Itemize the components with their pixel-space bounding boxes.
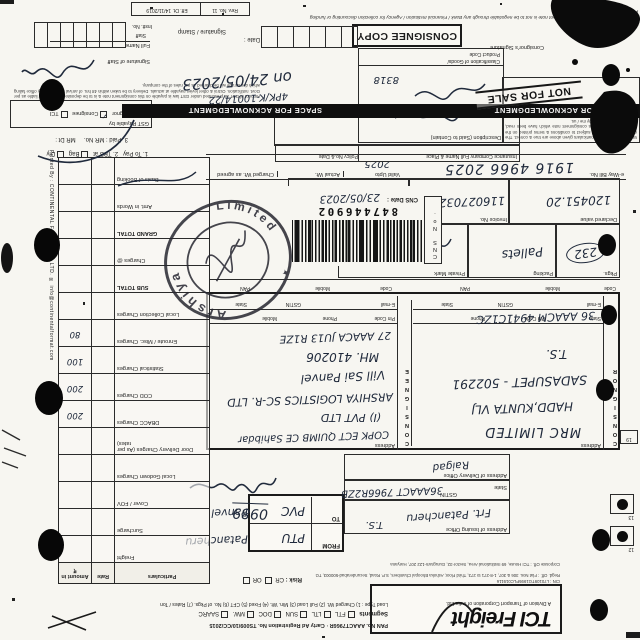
- segment-doc-checkbox[interactable]: [274, 611, 281, 618]
- bag-checkbox[interactable]: [82, 151, 89, 158]
- issuing-office-handwriting: Frt. Patancheru: [406, 507, 491, 524]
- to-pay-row: 1. To Pay 2. TBB at Bag Dly: [46, 150, 148, 158]
- consignor-block: Address MRC LIMITED HADD,KUNTA VLJ SADAS…: [413, 296, 604, 450]
- segment-ltl: LTL: [312, 610, 322, 616]
- consignor-line-3: SADASUPET - 502291: [452, 373, 587, 390]
- consignee-pin-label: Pin Code: [374, 315, 395, 321]
- segment-doc: DOC: [258, 610, 271, 616]
- pkgs-cell: Pkgs. 232: [556, 224, 620, 278]
- pkgs-handwriting: 232: [565, 240, 606, 265]
- svg-text:Limited: Limited: [212, 181, 282, 249]
- consignee-gstin-label: GSTIN: [286, 301, 301, 307]
- consignor-code-label: Code: [604, 285, 616, 291]
- declared-value-handwriting: 120451.20: [546, 194, 611, 208]
- consignor-line-1: MRC LIMITED: [484, 425, 581, 438]
- code-mobile-pan-row: Code Mobile PAN Code Mobile PAN: [210, 279, 620, 294]
- actual-wt-label: Actual Wt.: [315, 171, 344, 177]
- charges-table: Particulars Rate Amount in ₹ Freight Sur…: [58, 157, 210, 584]
- charges-rate-header: Rate: [92, 563, 115, 583]
- tci-logo-box: TCI Freight A Division of Transport Corp…: [370, 584, 562, 634]
- segment-sun-checkbox[interactable]: [300, 611, 307, 618]
- risk-or: OR: [253, 576, 262, 582]
- mr-dt-label: MR Dt :: [55, 136, 75, 142]
- consignor-signature-label: Consignor's Signature: [490, 44, 544, 50]
- eway-handwriting: 1916 4966 2025: [444, 160, 574, 176]
- charges-row-charges-at: Charges @: [59, 239, 209, 266]
- to-label: TO: [311, 497, 342, 523]
- charges-header-row: Particulars Rate Amount in ₹: [59, 563, 209, 583]
- charges-row-cover-fov: Cover / FOV: [59, 482, 209, 509]
- consignor-gstin-label: GSTIN: [498, 301, 513, 307]
- charges-row-statistical: Statistical Charges100: [59, 347, 209, 374]
- charges-row-basis-booking: Basis of Booking: [59, 158, 209, 185]
- declared-value-label: Declared value: [509, 215, 619, 223]
- consignor-email-label: E-mail: [587, 301, 601, 307]
- consignee-line-4: Vill Sai Panvel: [301, 369, 386, 385]
- form-rotated-180: TCI Freight A Division of Transport Corp…: [0, 0, 640, 640]
- delivery-office-handwriting: Raigad: [432, 459, 469, 473]
- side-box-12: 12: [610, 526, 634, 546]
- signature-stamp-label: Signature / Stamp: [178, 28, 226, 34]
- tbb-label: 2. TBB at: [93, 150, 118, 156]
- gst-tci-checkbox[interactable]: [61, 111, 68, 118]
- tci-freight-logo: TCI Freight: [372, 606, 560, 632]
- packing-handwriting: Pallets: [501, 245, 543, 261]
- segments-label: Segments: [359, 610, 388, 616]
- consignee-block: Address COPK ECT QUIMB CE Sahibdar (I) P…: [209, 296, 398, 450]
- consignor-gstin-handwriting: 36 AAACM 4941C1ZC: [476, 310, 595, 325]
- eff-dt-text: Eff. Dt. 14/11/2019: [132, 7, 202, 15]
- from-value-handwriting: PTU: [282, 524, 311, 550]
- side-box-13: 13: [610, 494, 634, 514]
- charges-row-local-godown: Local Godown Charges: [59, 455, 209, 482]
- consignee-line-1: COPK ECT QUIMB CE Sahibdar: [238, 428, 389, 443]
- risk-or-checkbox[interactable]: [243, 577, 250, 584]
- charges-row-door-delivery: Door Delivery Charges (As per rates): [59, 428, 209, 455]
- delivery-office-label: Address of Delivery Office: [345, 471, 509, 479]
- segment-ftl-checkbox[interactable]: [348, 611, 355, 618]
- classification-label: Classification of Goods/: [447, 58, 500, 64]
- side-box-13-dot: [617, 499, 628, 510]
- charges-row-grand-total: GRAND TOTAL: [59, 212, 209, 239]
- pkgs-label: Pkgs.: [557, 269, 619, 277]
- insurance-label: Insurance Company Full Name & Place: [359, 151, 519, 161]
- side-box-12-label: 12: [628, 546, 634, 552]
- consignee-email-label: E-mail: [381, 301, 395, 307]
- product-code-label: Product Code: [469, 51, 500, 57]
- segment-ftl: FTL: [335, 610, 345, 616]
- division-line: A Division of Transport Corporation of I…: [372, 600, 560, 606]
- acknowledgment-bar-text-right: SPACE FOR ACKNOWLEDGMENT: [188, 106, 322, 115]
- rev-no-box: Rev. No. 11: [200, 2, 250, 16]
- consignee-line-2: (I) PVT LTD: [321, 412, 381, 423]
- consignor-mobile-label: Mobile: [545, 285, 560, 291]
- ack-date-handwriting: on 24/05/2023: [182, 69, 293, 92]
- stamp-star-icon: ✦: [279, 265, 291, 278]
- side-box-19: 19: [620, 430, 638, 444]
- state-label: State: [492, 482, 509, 492]
- description-label: Description (Said to Contain): [359, 132, 503, 142]
- cns-no-label: CNS No.: [432, 210, 438, 259]
- packing-cell: Packing Pallets: [468, 224, 556, 278]
- charges-row-surcharge: Surcharge: [59, 509, 209, 536]
- consignee-address-label: Address: [375, 442, 395, 448]
- segment-saarc: SAARC: [198, 610, 219, 616]
- consignor-footer-row-2: E-mail GSTIN State: [413, 295, 603, 310]
- gst-consignee-label: Consignee: [72, 110, 98, 116]
- packing-label: Packing: [469, 269, 555, 277]
- cns-date-label: CNS Date :: [387, 196, 418, 202]
- gst-consignee-checkbox[interactable]: [100, 111, 107, 118]
- side-box-13-label: 13: [628, 514, 634, 520]
- charged-wt-label: Charged Wt. as agreed: [216, 171, 278, 177]
- policy-cell: Policy No.& Date: [275, 144, 360, 162]
- gst-tci-label: TCI: [50, 110, 59, 116]
- consignee-line-3: ARSHIYA LOGISTICS SC-R. LTD: [227, 391, 393, 408]
- printer-credit: Printed By : CONTINENTAL FORMS PVT. LTD.…: [48, 150, 54, 470]
- staff-instt-boxes: [34, 22, 126, 48]
- risk-label: Risk :: [286, 576, 302, 582]
- freight-amount-handwriting: 0989: [232, 502, 268, 520]
- consignee-footer-row-1: Pin Code Phone Mobile: [209, 309, 397, 324]
- to-value-handwriting: PVC: [281, 497, 311, 523]
- side-box-19-text: 19: [621, 436, 637, 443]
- regd-office-line: Regd. Off. : Flat Nos. 306 & 307, 1-8-27…: [260, 573, 560, 578]
- paid-row: 3. Paid : MR No. MR Dt :: [55, 136, 128, 142]
- consignee-state-label: State: [235, 301, 247, 307]
- valid-upto-label: Valid Upto: [375, 171, 400, 177]
- eff-dt-box: Eff. Dt. 14/11/2019: [131, 2, 202, 16]
- issuing-state-handwriting: T.S.: [365, 519, 383, 529]
- state-gstin-row: State GSTIN 36AAACT 7966R2ZB: [344, 480, 510, 500]
- expected-delivery-label: 1. Expected Delivery Date: [568, 28, 632, 34]
- barcode: [292, 220, 422, 262]
- bag-label: Bag: [69, 150, 80, 156]
- classification-handwriting: 8318: [374, 74, 399, 84]
- segment-sun: SUN: [286, 610, 299, 616]
- segment-mw: MW.: [233, 610, 245, 616]
- scanned-consignment-note: TCI Freight A Division of Transport Corp…: [0, 0, 640, 640]
- charges-row-freight: Freight: [59, 536, 209, 563]
- consignee-phone-label: Phone: [323, 315, 337, 321]
- paid-label: 3. Paid : MR No.: [84, 136, 128, 142]
- stamp-bottom-text: Limited: [212, 181, 282, 249]
- risk-cr: CR: [275, 576, 284, 582]
- rev-no-text: Rev. No. 11: [201, 7, 249, 15]
- charges-row-cod: COD Charges200: [59, 374, 209, 401]
- signature-of-staff-label: Signature of Staff: [108, 58, 150, 64]
- consignee-mobile-label: Mobile: [262, 315, 277, 321]
- insurance-cell: Insurance Company Full Name & Place: [358, 144, 520, 162]
- barcode-number: 847446902: [292, 205, 422, 218]
- from-label: FROM: [311, 524, 342, 550]
- consignee-code-label: Code: [380, 285, 392, 291]
- consignor-title: CONSIGNOR: [612, 300, 618, 446]
- consignor-state2-label: State: [441, 301, 453, 307]
- header-gstin-handwriting: 36AAACT 7966R2ZB: [341, 484, 443, 498]
- consignee-title: CONSIGNEE: [404, 300, 412, 446]
- corporate-office-line: Corporate Off. : TCI House, 69 Instituti…: [260, 562, 560, 567]
- segment-saarc-checkbox[interactable]: [221, 611, 228, 618]
- gst-payable-label: GST Payable by: [11, 119, 151, 127]
- private-mark-label: Private Mark: [339, 269, 467, 277]
- staff-label: Staff: [136, 32, 146, 38]
- charges-row-amt-words: Amt. in Words: [59, 185, 209, 212]
- classification-cell: Classification of Goods/ Product Code: [358, 48, 504, 65]
- cns-date-handwriting: 23/05/2023: [319, 191, 380, 204]
- side-box-12-dot: [617, 531, 628, 542]
- declared-value-cell: Declared value 120451.20: [508, 178, 620, 224]
- to-pay-label: 1. To Pay: [123, 150, 148, 156]
- consignee-mobile2-label: Mobile: [315, 285, 330, 291]
- segments-row: Segments FTL LTL SUN DOC MW. SAARC: [58, 610, 388, 618]
- charges-row-dbacc: DBACC Charges200: [59, 401, 209, 428]
- charges-row-local-collection: Local Collection Charges: [59, 293, 209, 320]
- consignee-line-5: MH. 410206: [306, 351, 379, 363]
- consignee-gstin-handwriting: 27 AAACA JU13 R1ZE: [279, 330, 391, 344]
- barcode-block: CNS No. 847446902 CNS Date : 23/05/2023: [280, 186, 442, 266]
- consignor-pan-label: PAN: [460, 285, 470, 291]
- delivery-office-cell: Address of Delivery Office Raigad: [344, 454, 510, 480]
- cin-line: CIN : L70109TG1995PLC019116: [310, 579, 560, 584]
- consignee-copy-text: CONSIGNEE COPY: [354, 30, 460, 45]
- dly-checkbox[interactable]: [57, 151, 64, 158]
- consignee-footer-row-2: E-mail GSTIN State: [209, 295, 397, 310]
- policy-label: Policy No.& Date: [276, 151, 360, 161]
- load-type-line: Load Type : 1) Charged Wt. (2) Full Load…: [118, 600, 388, 607]
- consignee-copy-box: CONSIGNEE COPY: [352, 24, 462, 47]
- acknowledgment-bar: SPACE FOR ACKNOWLEDGMENT SPACE FOR ACKNO…: [122, 104, 640, 118]
- consignee-pan-label: PAN: [240, 285, 250, 291]
- pan-registration-line: PAN No. AAACT7966R · Carty Ad Registrati…: [88, 622, 388, 628]
- declaration-text: We hereby certify that particulars given…: [503, 117, 639, 142]
- eway-label: e-Way Bill No.: [578, 171, 624, 177]
- caution-line: CAUTION : Any copy of this Consignment n…: [302, 9, 638, 19]
- charges-particulars-header: Particulars: [115, 563, 209, 583]
- risk-row: Risk : CR OR: [241, 576, 302, 584]
- risk-cr-checkbox[interactable]: [265, 577, 272, 584]
- date-label: Date :: [244, 36, 260, 42]
- segment-mw-checkbox[interactable]: [247, 611, 254, 618]
- charges-row-sub-total: SUB TOTAL: [59, 266, 209, 293]
- consignor-address-label: Address: [581, 442, 601, 448]
- acknowledgment-bar-text-left: SPACE FOR ACKNOWLEDGMENT: [494, 106, 628, 115]
- date-boxes: [261, 26, 358, 48]
- dly-label: Dly: [46, 150, 55, 156]
- instt-no-label: Instt. No.: [132, 23, 152, 29]
- consignor-footer-row-1: State Pin Code Phone 36 AAACM 4941C1ZC: [413, 309, 603, 324]
- charges-amount-header: Amount in ₹: [59, 563, 92, 583]
- consignor-line-2: HADD,KUNTA VLJ: [471, 400, 573, 416]
- segment-ltl-checkbox[interactable]: [324, 611, 331, 618]
- consignor-line-4: T.S.: [546, 348, 567, 360]
- staff-signature-scribble: [20, 52, 100, 84]
- issuing-office-cell: Address of Issuing Office Frt. Patancher…: [344, 500, 510, 534]
- charges-row-enroute: Enroute / Misc. Charges80: [59, 320, 209, 347]
- invoice-no-handwriting: 1160270326: [432, 194, 506, 208]
